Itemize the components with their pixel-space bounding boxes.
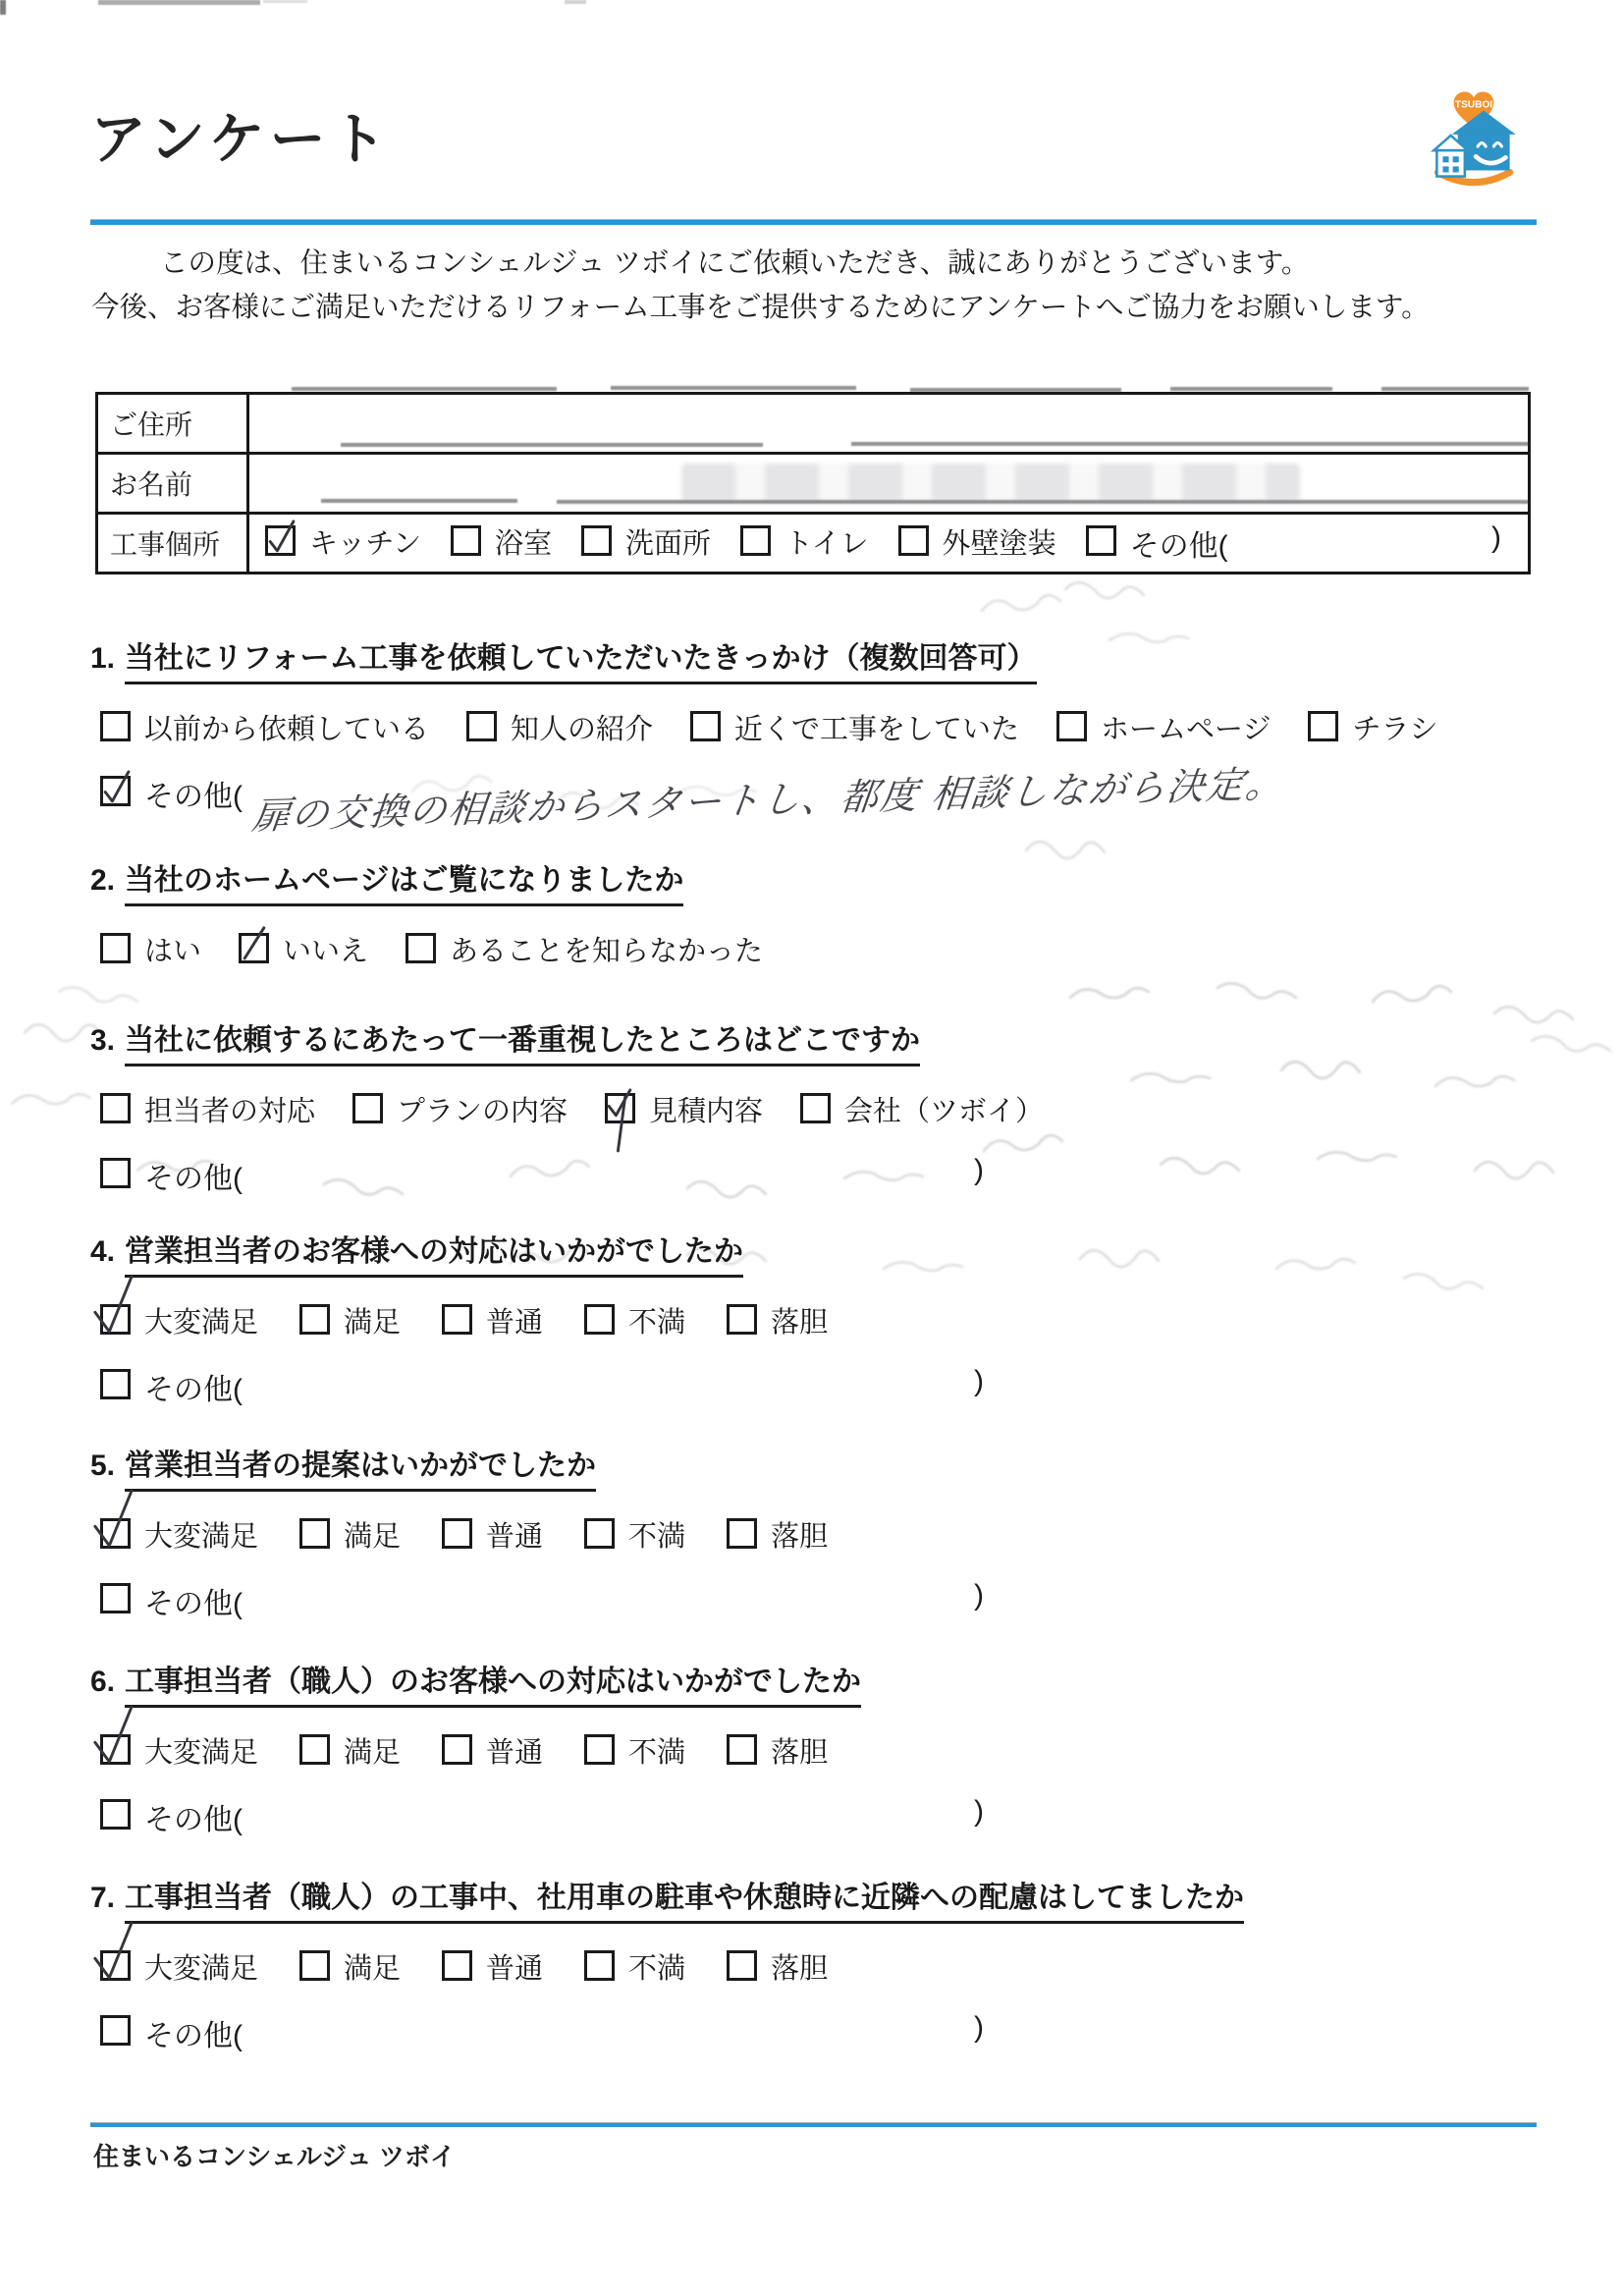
checkbox-option[interactable]: 普通 <box>442 1300 543 1340</box>
checkbox[interactable] <box>581 525 612 556</box>
other-suffix: ) <box>974 1154 984 1187</box>
other-option[interactable]: その他() <box>1086 521 1501 565</box>
checkbox-option[interactable]: 会社（ツボイ） <box>800 1089 1044 1129</box>
question-other-row: その他(扉の交換の相談からスタートし、都度 相談しながら決定。 <box>90 772 1563 826</box>
option-label: 普通 <box>486 1300 543 1340</box>
checkbox[interactable] <box>100 1799 131 1830</box>
checkbox[interactable] <box>100 1093 131 1123</box>
question-title-row: 7.工事担当者（職人）の工事中、社用車の駐車や休憩時に近隣への配慮はしてましたか <box>90 1873 1563 1916</box>
question-options-row: 大変満足満足普通不満落胆 <box>90 1514 1563 1555</box>
checkbox-option[interactable]: 満足 <box>299 1730 401 1771</box>
option-label: 見積内容 <box>649 1089 763 1129</box>
checkbox[interactable] <box>100 1369 131 1399</box>
question-options-row: 以前から依頼している知人の紹介近くで工事をしていたホームページチラシ <box>90 707 1563 747</box>
question-title-row: 2.当社のホームページはご覧になりましたか <box>90 855 1563 899</box>
checkbox-option[interactable]: 洗面所 <box>581 521 711 562</box>
question-title-row: 6.工事担当者（職人）のお客様への対応はいかがでしたか <box>90 1657 1563 1700</box>
scan-artifact <box>910 388 1121 392</box>
other-suffix: ) <box>974 1579 984 1613</box>
question-options-row: 担当者の対応プランの内容見積内容会社（ツボイ） <box>90 1089 1563 1129</box>
other-option[interactable]: その他() <box>100 1795 984 1838</box>
question-number: 3. <box>90 1024 115 1057</box>
option-label: 満足 <box>344 1300 401 1340</box>
checkbox-option[interactable]: 近くで工事をしていた <box>690 707 1019 747</box>
question-number: 5. <box>90 1449 115 1482</box>
question-title: 当社にリフォーム工事を依頼していただいたきっかけ（複数回答可） <box>125 642 1037 684</box>
checkbox-option[interactable]: 落胆 <box>727 1946 828 1987</box>
question-title-row: 4.営業担当者のお客様への対応はいかがでしたか <box>90 1227 1563 1270</box>
checkbox-checked[interactable] <box>100 1950 131 1981</box>
option-label: ホームページ <box>1101 707 1271 747</box>
question-title-row: 5.営業担当者の提案はいかがでしたか <box>90 1441 1563 1484</box>
option-label: 不満 <box>628 1946 685 1987</box>
footer-company-name: 住まいるコンシェルジュ ツボイ <box>93 2137 456 2173</box>
question-1: 1.当社にリフォーム工事を依頼していただいたきっかけ（複数回答可）以前から依頼し… <box>90 633 1563 826</box>
checkbox-option[interactable]: 知人の紹介 <box>466 707 653 747</box>
table-row-name: お名前 <box>97 454 1530 514</box>
option-label: 落胆 <box>771 1730 828 1771</box>
option-label: はい <box>144 929 201 969</box>
option-label: 満足 <box>344 1946 401 1987</box>
intro-text: この度は、住まいるコンシェルジュ ツボイにご依頼いただき、誠にありがとうございま… <box>91 242 1544 330</box>
scan-artifact <box>1170 387 1332 391</box>
question-2: 2.当社のホームページはご覧になりましたかはいいいえあることを知らなかった <box>90 855 1563 969</box>
checkbox-option[interactable]: 不満 <box>584 1946 685 1987</box>
checkbox[interactable] <box>451 525 481 556</box>
scan-artifact <box>292 387 557 391</box>
checkbox[interactable] <box>352 1093 383 1123</box>
checkbox-option[interactable]: はい <box>100 929 201 969</box>
checkbox[interactable] <box>100 711 131 741</box>
question-title: 工事担当者（職人）の工事中、社用車の駐車や休憩時に近隣への配慮はしてましたか <box>125 1882 1244 1924</box>
checkbox-option[interactable]: 普通 <box>442 1514 543 1555</box>
checkbox-checked[interactable] <box>605 1093 635 1123</box>
checkbox-checked[interactable] <box>100 1518 131 1549</box>
handwritten-answer: 扉の交換の相談からスタートし、都度 相談しながら決定。 <box>249 753 1288 840</box>
question-options-row: 大変満足満足普通不満落胆 <box>90 1300 1563 1340</box>
checkbox-option[interactable]: 普通 <box>442 1730 543 1771</box>
checkbox[interactable] <box>727 1734 757 1765</box>
question-options-row: 大変満足満足普通不満落胆 <box>90 1730 1563 1771</box>
other-option[interactable]: その他() <box>100 1154 984 1197</box>
checkbox[interactable] <box>727 1950 757 1981</box>
checkbox-option[interactable]: 大変満足 <box>100 1300 258 1340</box>
name-field[interactable] <box>248 454 1530 514</box>
option-label: 満足 <box>344 1730 401 1771</box>
checkbox[interactable] <box>100 933 131 963</box>
option-label: 普通 <box>486 1514 543 1555</box>
footer-rule <box>90 2123 1537 2127</box>
checkbox-option[interactable]: ホームページ <box>1056 707 1271 747</box>
checkbox[interactable] <box>299 1518 330 1549</box>
checkbox[interactable] <box>299 1950 330 1981</box>
question-number: 4. <box>90 1235 115 1268</box>
option-label: トイレ <box>784 521 869 562</box>
checkbox[interactable] <box>442 1304 472 1335</box>
checkbox[interactable] <box>299 1734 330 1765</box>
checkbox[interactable] <box>584 1950 615 1981</box>
other-prefix: その他( <box>144 1154 243 1197</box>
checkbox-option[interactable]: あることを知らなかった <box>406 929 763 969</box>
table-row-address: ご住所 <box>97 394 1530 454</box>
question-title: 営業担当者のお客様への対応はいかがでしたか <box>125 1235 743 1278</box>
question-7: 7.工事担当者（職人）の工事中、社用車の駐車や休憩時に近隣への配慮はしてましたか… <box>90 1873 1563 2054</box>
scan-artifact <box>0 0 6 15</box>
option-label: 会社（ツボイ） <box>844 1089 1044 1129</box>
checkbox-option[interactable]: 外壁塗装 <box>898 521 1056 562</box>
checkbox-option[interactable]: 見積内容 <box>605 1089 763 1129</box>
option-label: 普通 <box>486 1946 543 1987</box>
checkbox[interactable] <box>740 525 771 556</box>
scan-artifact <box>98 0 260 5</box>
checkbox-option[interactable]: いいえ <box>239 929 368 969</box>
option-label: 大変満足 <box>144 1946 258 1987</box>
option-label: いいえ <box>283 929 368 969</box>
question-other-row: その他() <box>90 1154 1563 1197</box>
work-location-options: キッチン浴室洗面所トイレ外壁塗装その他() <box>265 521 1527 565</box>
question-title-row: 3.当社に依頼するにあたって一番重視したところはどこですか <box>90 1015 1563 1059</box>
question-title: 営業担当者の提案はいかがでしたか <box>125 1449 596 1492</box>
checkbox[interactable] <box>100 1583 131 1613</box>
scan-artifact <box>611 386 856 390</box>
option-label: 落胆 <box>771 1514 828 1555</box>
question-3: 3.当社に依頼するにあたって一番重視したところはどこですか担当者の対応プランの内… <box>90 1015 1563 1197</box>
checkbox-option[interactable]: 担当者の対応 <box>100 1089 315 1129</box>
checkbox-option[interactable]: キッチン <box>265 521 421 562</box>
redacted-name-smudge <box>681 464 1300 501</box>
question-other-row: その他() <box>90 1579 1563 1622</box>
checkbox-option[interactable]: 浴室 <box>451 521 552 562</box>
option-label: 落胆 <box>771 1946 828 1987</box>
checkbox-option[interactable]: 不満 <box>584 1300 685 1340</box>
checkbox-option[interactable]: 不満 <box>584 1514 685 1555</box>
option-label: チラシ <box>1352 707 1437 747</box>
checkbox[interactable] <box>1086 525 1116 556</box>
checkbox[interactable] <box>442 1518 472 1549</box>
other-suffix: ) <box>974 1795 984 1829</box>
other-suffix: ) <box>974 1365 984 1398</box>
other-option[interactable]: その他() <box>100 1579 984 1622</box>
question-number: 6. <box>90 1666 115 1698</box>
option-label: 大変満足 <box>144 1730 258 1771</box>
other-prefix: その他( <box>144 1365 243 1408</box>
option-label: 知人の紹介 <box>511 707 653 747</box>
intro-line-1: この度は、住まいるコンシェルジュ ツボイにご依頼いただき、誠にありがとうございま… <box>91 242 1544 286</box>
checkbox[interactable] <box>898 525 929 556</box>
checkbox[interactable] <box>100 2015 131 2046</box>
checkbox-option[interactable]: 大変満足 <box>100 1730 258 1771</box>
checkbox[interactable] <box>406 933 436 963</box>
checkbox[interactable] <box>299 1304 330 1335</box>
checkbox-option[interactable]: 満足 <box>299 1946 401 1987</box>
option-label: 不満 <box>628 1730 685 1771</box>
address-field[interactable] <box>248 394 1530 454</box>
option-label: 以前から依頼している <box>144 707 429 747</box>
checkbox[interactable] <box>466 711 497 741</box>
option-label: 外壁塗装 <box>943 521 1056 562</box>
scan-artifact <box>263 0 307 3</box>
checkbox-option[interactable]: チラシ <box>1308 707 1437 747</box>
checkbox[interactable] <box>1308 711 1338 741</box>
question-other-row: その他() <box>90 1365 1563 1408</box>
question-4: 4.営業担当者のお客様への対応はいかがでしたか大変満足満足普通不満落胆その他() <box>90 1227 1563 1408</box>
checkbox[interactable] <box>690 711 721 741</box>
option-label: 満足 <box>344 1514 401 1555</box>
option-label: 近くで工事をしていた <box>734 707 1019 747</box>
checkbox-checked[interactable] <box>239 933 269 963</box>
other-suffix: ) <box>974 2011 984 2045</box>
checkbox-checked[interactable] <box>100 1304 131 1335</box>
other-option[interactable]: その他() <box>100 2011 984 2054</box>
checkbox-option[interactable]: 普通 <box>442 1946 543 1987</box>
question-other-row: その他() <box>90 2011 1563 2054</box>
option-label: 普通 <box>486 1730 543 1771</box>
question-number: 2. <box>90 864 115 897</box>
checkbox-option[interactable]: 満足 <box>299 1300 401 1340</box>
question-title-row: 1.当社にリフォーム工事を依頼していただいたきっかけ（複数回答可） <box>90 633 1563 677</box>
scan-artifact <box>565 0 586 4</box>
logo-brand-text: TSUBOI <box>1455 99 1493 110</box>
intro-line-2: 今後、お客様にご満足いただけるリフォーム工事をご提供するためにアンケートへご協力… <box>91 286 1544 330</box>
checkbox[interactable] <box>100 1158 131 1188</box>
option-label: 大変満足 <box>144 1300 258 1340</box>
checkbox[interactable] <box>584 1518 615 1549</box>
other-prefix: その他( <box>144 772 243 815</box>
question-number: 1. <box>90 642 115 675</box>
survey-sheet: TSUBOI アンケート この度は、住まいるコンシェルジュ ツボイにご依頼いただ… <box>0 0 1623 2296</box>
tsuboi-logo: TSUBOI <box>1424 81 1524 200</box>
checkbox-option[interactable]: 大変満足 <box>100 1514 258 1555</box>
checkbox-checked[interactable] <box>100 1734 131 1765</box>
other-prefix: その他( <box>144 1579 243 1622</box>
checkbox[interactable] <box>584 1734 615 1765</box>
checkbox-option[interactable]: 満足 <box>299 1514 401 1555</box>
other-prefix: その他( <box>144 1795 243 1838</box>
checkbox[interactable] <box>442 1950 472 1981</box>
checkbox-option[interactable]: 落胆 <box>727 1300 828 1340</box>
question-title: 当社に依頼するにあたって一番重視したところはどこですか <box>125 1024 920 1066</box>
checkbox-option[interactable]: 落胆 <box>727 1730 828 1771</box>
checkbox[interactable] <box>800 1093 831 1123</box>
question-5: 5.営業担当者の提案はいかがでしたか大変満足満足普通不満落胆その他() <box>90 1441 1563 1622</box>
checkbox[interactable] <box>727 1304 757 1335</box>
checkbox[interactable] <box>442 1734 472 1765</box>
option-label: 不満 <box>628 1514 685 1555</box>
checkbox[interactable] <box>727 1518 757 1549</box>
other-option[interactable]: その他() <box>100 1365 984 1408</box>
question-number: 7. <box>90 1882 115 1914</box>
checkbox[interactable] <box>584 1304 615 1335</box>
page-title: アンケート <box>90 94 392 175</box>
other-option[interactable]: その他(扉の交換の相談からスタートし、都度 相談しながら決定。 <box>100 772 1276 826</box>
question-options-row: 大変満足満足普通不満落胆 <box>90 1946 1563 1987</box>
option-label: 洗面所 <box>625 521 711 562</box>
question-6: 6.工事担当者（職人）のお客様への対応はいかがでしたか大変満足満足普通不満落胆そ… <box>90 1657 1563 1838</box>
option-label: あることを知らなかった <box>450 929 763 969</box>
other-prefix: その他( <box>1130 521 1228 565</box>
customer-info-table: ご住所 お名前 工事個所 キッチン浴室洗面所トイレ外壁塗装その他() <box>95 392 1531 574</box>
option-label: 落胆 <box>771 1300 828 1340</box>
option-label: 大変満足 <box>144 1514 258 1555</box>
checkbox-option[interactable]: 落胆 <box>727 1514 828 1555</box>
option-label: 不満 <box>628 1300 685 1340</box>
question-title: 当社のホームページはご覧になりましたか <box>125 864 683 906</box>
other-prefix: その他( <box>144 2011 243 2054</box>
checkbox-option[interactable]: 以前から依頼している <box>100 707 429 747</box>
question-title: 工事担当者（職人）のお客様への対応はいかがでしたか <box>125 1666 861 1708</box>
question-list: 1.当社にリフォーム工事を依頼していただいたきっかけ（複数回答可）以前から依頼し… <box>90 562 1563 2054</box>
header-rule <box>90 220 1537 225</box>
option-label: プランの内容 <box>397 1089 568 1129</box>
checkbox-checked[interactable] <box>265 525 296 556</box>
question-other-row: その他() <box>90 1795 1563 1838</box>
scan-artifact <box>1381 387 1529 391</box>
checkbox-option[interactable]: プランの内容 <box>352 1089 568 1129</box>
name-label: お名前 <box>97 454 248 514</box>
option-label: 担当者の対応 <box>144 1089 315 1129</box>
checkbox-checked[interactable] <box>100 776 131 806</box>
option-label: キッチン <box>309 521 421 562</box>
checkbox-option[interactable]: 不満 <box>584 1730 685 1771</box>
checkbox[interactable] <box>1056 711 1087 741</box>
question-options-row: はいいいえあることを知らなかった <box>90 929 1563 969</box>
checkbox-option[interactable]: トイレ <box>740 521 869 562</box>
other-suffix: ) <box>1491 521 1501 555</box>
address-label: ご住所 <box>97 394 248 454</box>
checkbox-option[interactable]: 大変満足 <box>100 1946 258 1987</box>
option-label: 浴室 <box>495 521 552 562</box>
logo-small-house <box>1436 150 1464 176</box>
